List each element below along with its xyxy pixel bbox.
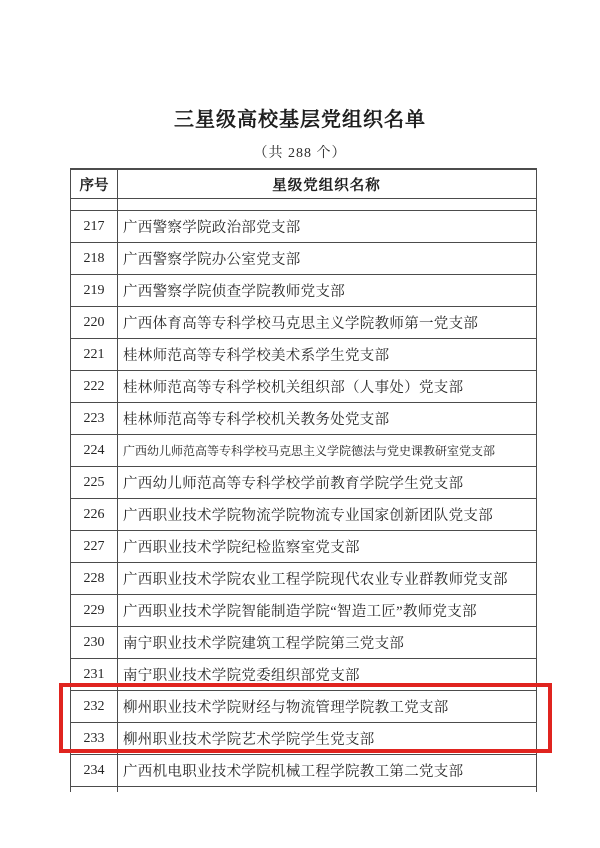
row-name: 桂林师范高等专科学校机关教务处党支部 xyxy=(117,403,536,434)
row-number: 233 xyxy=(71,723,117,754)
table-row: 227广西职业技术学院纪检监察室党支部 xyxy=(71,531,536,563)
row-number: 219 xyxy=(71,275,117,306)
table-row: 229广西职业技术学院智能制造学院“智造工匠”教师党支部 xyxy=(71,595,536,627)
row-name: 柳州职业技术学院艺术学院学生党支部 xyxy=(117,723,536,754)
header-spacer-row xyxy=(71,199,536,211)
row-number: 218 xyxy=(71,243,117,274)
table-header-row: 序号 星级党组织名称 xyxy=(71,170,536,199)
row-name: 广西职业技术学院纪检监察室党支部 xyxy=(117,531,536,562)
header-cell-name: 星级党组织名称 xyxy=(117,170,536,198)
row-name: 广西职业技术学院智能制造学院“智造工匠”教师党支部 xyxy=(117,595,536,626)
row-number: 228 xyxy=(71,563,117,594)
row-number: 230 xyxy=(71,627,117,658)
row-number: 221 xyxy=(71,339,117,370)
row-name: 桂林师范高等专科学校机关组织部（人事处）党支部 xyxy=(117,371,536,402)
table-row: 222桂林师范高等专科学校机关组织部（人事处）党支部 xyxy=(71,371,536,403)
row-number: 234 xyxy=(71,755,117,786)
row-name: 广西职业技术学院农业工程学院现代农业专业群教师党支部 xyxy=(117,563,536,594)
row-name: 南宁职业技术学院建筑工程学院第三党支部 xyxy=(117,627,536,658)
row-number: 217 xyxy=(71,211,117,242)
page-title: 三星级高校基层党组织名单 xyxy=(0,103,600,132)
header-cell-number: 序号 xyxy=(71,170,117,198)
row-name: 广西幼儿师范高等专科学校马克思主义学院德法与党史课教研室党支部 xyxy=(117,435,536,466)
row-name: 广西机电职业技术学院机械工程学院教工第二党支部 xyxy=(117,755,536,786)
row-name: 广西职业技术学院物流学院物流专业国家创新团队党支部 xyxy=(117,499,536,530)
row-name: 广西警察学院政治部党支部 xyxy=(117,211,536,242)
row-number: 226 xyxy=(71,499,117,530)
row-number: 231 xyxy=(71,659,117,690)
table-row: 226广西职业技术学院物流学院物流专业国家创新团队党支部 xyxy=(71,499,536,531)
row-name: 广西幼儿师范高等专科学校学前教育学院学生党支部 xyxy=(117,467,536,498)
table-row: 231南宁职业技术学院党委组织部党支部 xyxy=(71,659,536,691)
table-rows: 217广西警察学院政治部党支部218广西警察学院办公室党支部219广西警察学院侦… xyxy=(71,211,536,787)
table-row: 230南宁职业技术学院建筑工程学院第三党支部 xyxy=(71,627,536,659)
table-row: 219广西警察学院侦查学院教师党支部 xyxy=(71,275,536,307)
row-number: 232 xyxy=(71,691,117,722)
row-name: 广西警察学院办公室党支部 xyxy=(117,243,536,274)
table-row: 217广西警察学院政治部党支部 xyxy=(71,211,536,243)
table-row: 223桂林师范高等专科学校机关教务处党支部 xyxy=(71,403,536,435)
column-divider-line xyxy=(117,170,118,792)
row-number: 224 xyxy=(71,435,117,466)
row-name: 柳州职业技术学院财经与物流管理学院教工党支部 xyxy=(117,691,536,722)
table-row: 218广西警察学院办公室党支部 xyxy=(71,243,536,275)
org-table: 序号 星级党组织名称 217广西警察学院政治部党支部218广西警察学院办公室党支… xyxy=(70,168,537,792)
table-row: 221桂林师范高等专科学校美术系学生党支部 xyxy=(71,339,536,371)
table-row: 225广西幼儿师范高等专科学校学前教育学院学生党支部 xyxy=(71,467,536,499)
row-number: 225 xyxy=(71,467,117,498)
table-row: 228广西职业技术学院农业工程学院现代农业专业群教师党支部 xyxy=(71,563,536,595)
row-number: 222 xyxy=(71,371,117,402)
row-number: 227 xyxy=(71,531,117,562)
row-name: 桂林师范高等专科学校美术系学生党支部 xyxy=(117,339,536,370)
table-row: 220广西体育高等专科学校马克思主义学院教师第一党支部 xyxy=(71,307,536,339)
row-name: 南宁职业技术学院党委组织部党支部 xyxy=(117,659,536,690)
row-name: 广西体育高等专科学校马克思主义学院教师第一党支部 xyxy=(117,307,536,338)
row-number: 229 xyxy=(71,595,117,626)
row-name: 广西警察学院侦查学院教师党支部 xyxy=(117,275,536,306)
row-number: 223 xyxy=(71,403,117,434)
table-row: 224广西幼儿师范高等专科学校马克思主义学院德法与党史课教研室党支部 xyxy=(71,435,536,467)
document-page: 三星级高校基层党组织名单 （共 288 个） 序号 星级党组织名称 217广西警… xyxy=(0,0,600,848)
table-row: 234广西机电职业技术学院机械工程学院教工第二党支部 xyxy=(71,755,536,787)
page-subtitle: （共 288 个） xyxy=(0,142,600,162)
table-row: 232柳州职业技术学院财经与物流管理学院教工党支部 xyxy=(71,691,536,723)
row-number: 220 xyxy=(71,307,117,338)
table-row: 233柳州职业技术学院艺术学院学生党支部 xyxy=(71,723,536,755)
